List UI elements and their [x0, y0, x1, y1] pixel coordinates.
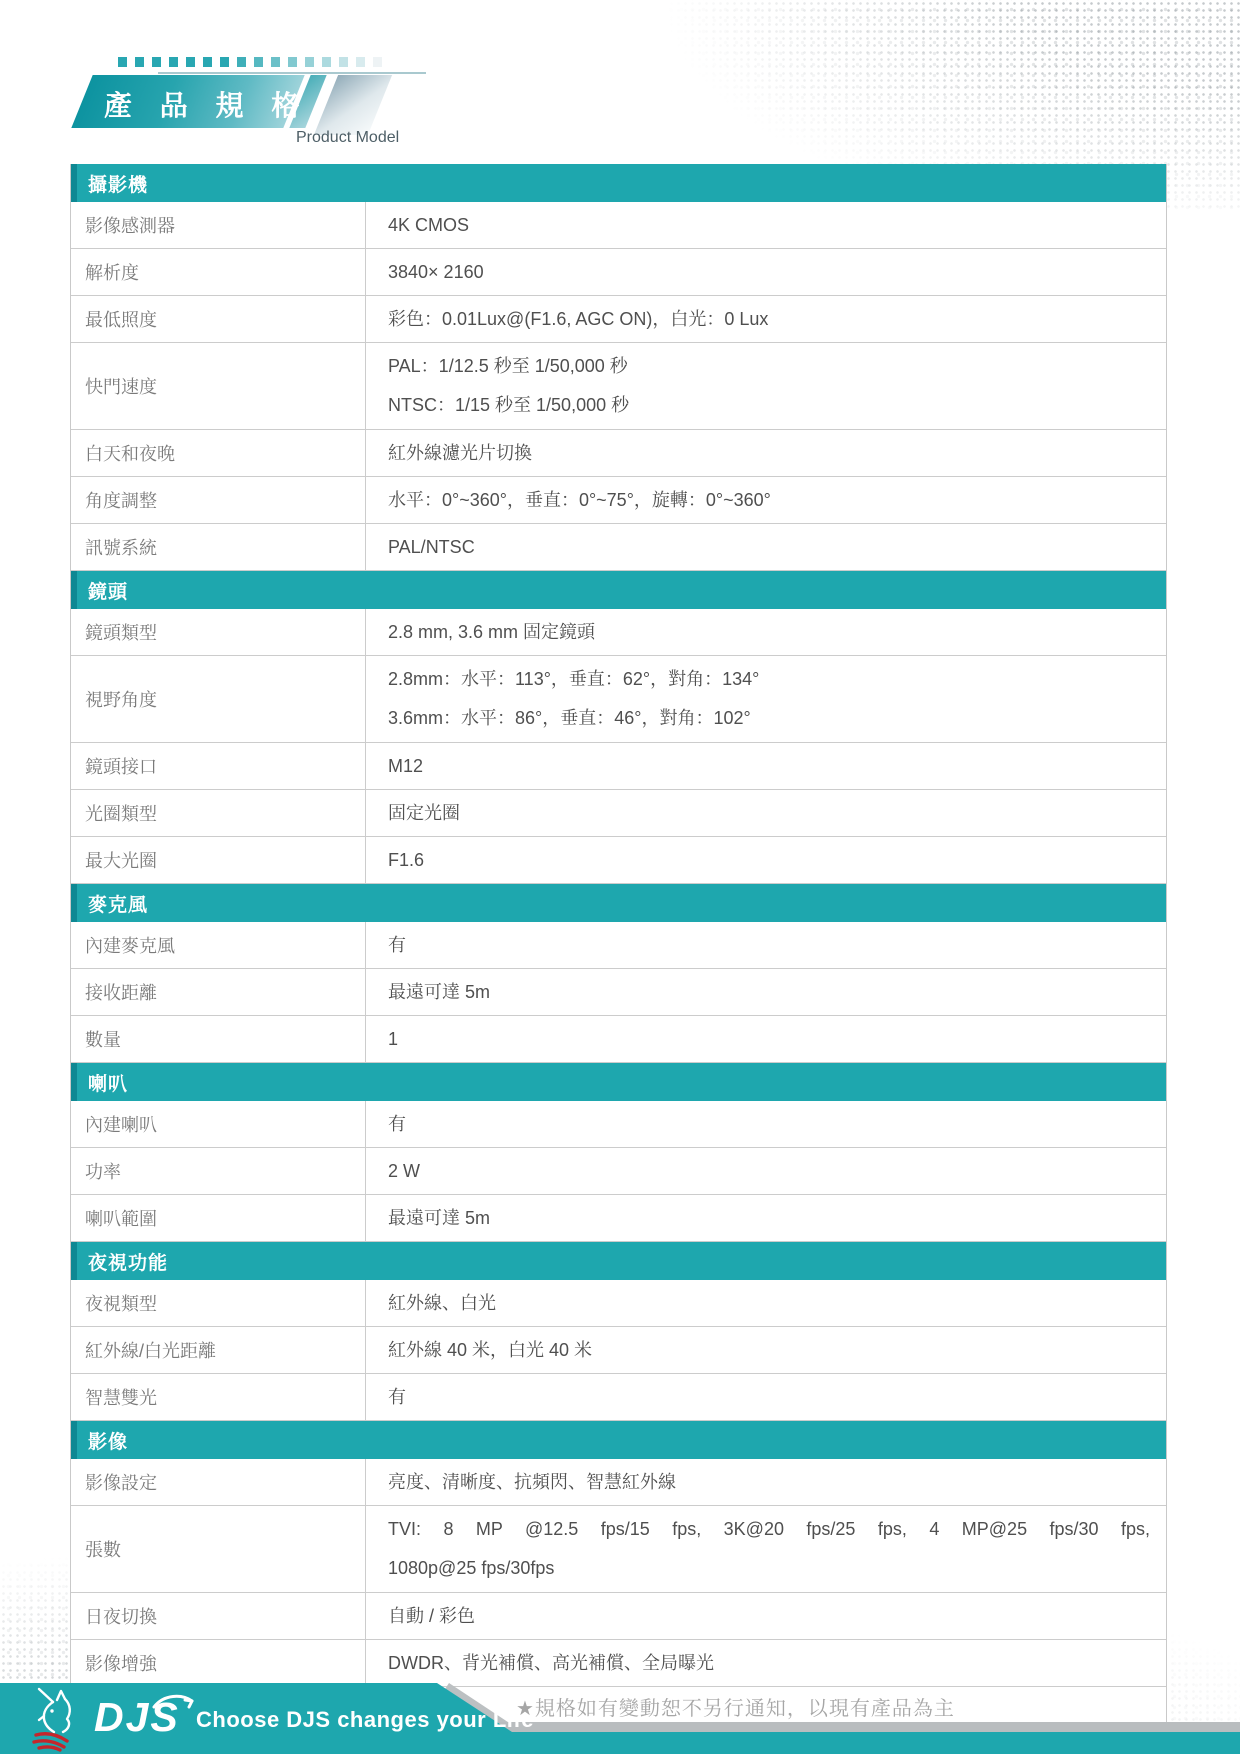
footer-gray-strip	[455, 1722, 1240, 1732]
row-label: 影像感測器	[71, 202, 366, 248]
table-row: 日夜切換自動 / 彩色	[71, 1593, 1166, 1640]
deco-square	[186, 57, 195, 67]
header-badge-stripe-outline	[314, 75, 392, 135]
table-row: 鏡頭接口M12	[71, 743, 1166, 790]
row-value: DWDR、背光補償、高光補償、全局曝光	[366, 1640, 1166, 1686]
row-value: 固定光圈	[366, 790, 1166, 836]
table-row: 影像感測器4K CMOS	[71, 202, 1166, 249]
table-row: 視野角度2.8mm：水平：113°，垂直：62°，對角：134°3.6mm：水平…	[71, 656, 1166, 743]
row-label: 智慧雙光	[71, 1374, 366, 1420]
row-label: 日夜切換	[71, 1593, 366, 1639]
row-label: 光圈類型	[71, 790, 366, 836]
table-row: 光圈類型固定光圈	[71, 790, 1166, 837]
row-value-line: TVI: 8 MP @12.5 fps/15 fps, 3K@20 fps/25…	[388, 1510, 1150, 1549]
deco-square	[220, 57, 229, 67]
row-label: 接收距離	[71, 969, 366, 1015]
row-label: 影像增強	[71, 1640, 366, 1686]
row-value: 2.8mm：水平：113°，垂直：62°，對角：134°3.6mm：水平：86°…	[366, 656, 1166, 742]
row-value-line: PAL/NTSC	[388, 534, 1150, 560]
table-row: 解析度3840× 2160	[71, 249, 1166, 296]
page-title: 產 品 規 格	[104, 84, 309, 124]
row-value-line: F1.6	[388, 847, 1150, 873]
table-row: 紅外線/白光距離紅外線 40 米，白光 40 米	[71, 1327, 1166, 1374]
deco-square	[356, 57, 365, 67]
deco-square	[254, 57, 263, 67]
footer-slogan: Choose DJS changes your Life	[196, 1707, 534, 1733]
table-row: 功率2 W	[71, 1148, 1166, 1195]
row-value-line: 2 W	[388, 1158, 1150, 1184]
table-row: 訊號系統PAL/NTSC	[71, 524, 1166, 571]
row-value: F1.6	[366, 837, 1166, 883]
table-row: 內建喇叭有	[71, 1101, 1166, 1148]
row-value-line: 水平：0°~360°，垂直：0°~75°，旋轉：0°~360°	[388, 487, 1150, 513]
row-label: 功率	[71, 1148, 366, 1194]
row-value-line: 有	[388, 932, 1150, 958]
row-value-line: 2.8 mm, 3.6 mm 固定鏡頭	[388, 619, 1150, 645]
row-value: 自動 / 彩色	[366, 1593, 1166, 1639]
row-value: 水平：0°~360°，垂直：0°~75°，旋轉：0°~360°	[366, 477, 1166, 523]
deco-square	[271, 57, 280, 67]
row-value-line: 1080p@25 fps/30fps	[388, 1549, 1150, 1588]
table-row: 白天和夜晚紅外線濾光片切換	[71, 430, 1166, 477]
deco-thin-line	[158, 72, 426, 74]
row-value: 4K CMOS	[366, 202, 1166, 248]
row-label: 影像設定	[71, 1459, 366, 1505]
table-row: 接收距離最遠可達 5m	[71, 969, 1166, 1016]
section-header-4: 喇叭	[71, 1063, 1166, 1101]
row-label: 白天和夜晚	[71, 430, 366, 476]
table-row: 最低照度彩色：0.01Lux@(F1.6, AGC ON)，白光：0 Lux	[71, 296, 1166, 343]
deco-square	[152, 57, 161, 67]
section-header-6: 影像	[71, 1421, 1166, 1459]
row-value-line: 最遠可達 5m	[388, 1205, 1150, 1231]
row-value: 紅外線 40 米，白光 40 米	[366, 1327, 1166, 1373]
table-row: 喇叭範圍最遠可達 5m	[71, 1195, 1166, 1242]
row-value-line: 最遠可達 5m	[388, 979, 1150, 1005]
row-value: TVI: 8 MP @12.5 fps/15 fps, 3K@20 fps/25…	[366, 1506, 1166, 1592]
deco-square	[203, 57, 212, 67]
row-value-line: DWDR、背光補償、高光補償、全局曝光	[388, 1650, 1150, 1676]
row-value: 有	[366, 1374, 1166, 1420]
spec-table: 攝影機影像感測器4K CMOS解析度3840× 2160最低照度彩色：0.01L…	[70, 164, 1167, 1735]
row-value-line: 有	[388, 1111, 1150, 1137]
row-value: 2.8 mm, 3.6 mm 固定鏡頭	[366, 609, 1166, 655]
row-label: 內建喇叭	[71, 1101, 366, 1147]
section-header-5: 夜視功能	[71, 1242, 1166, 1280]
table-row: 數量1	[71, 1016, 1166, 1063]
deco-square	[288, 57, 297, 67]
row-value: PAL：1/12.5 秒至 1/50,000 秒NTSC：1/15 秒至 1/5…	[366, 343, 1166, 429]
row-value-line: 4K CMOS	[388, 212, 1150, 238]
row-value-line: 1	[388, 1026, 1150, 1052]
row-value-line: 紅外線、白光	[388, 1290, 1150, 1316]
table-row: 智慧雙光有	[71, 1374, 1166, 1421]
table-row: 最大光圈F1.6	[71, 837, 1166, 884]
table-row: 夜視類型紅外線、白光	[71, 1280, 1166, 1327]
row-value: 紅外線、白光	[366, 1280, 1166, 1326]
row-label: 數量	[71, 1016, 366, 1062]
row-value-line: 2.8mm：水平：113°，垂直：62°，對角：134°	[388, 660, 1150, 699]
row-label: 快門速度	[71, 343, 366, 429]
row-label: 張數	[71, 1506, 366, 1592]
row-value-line: 紅外線 40 米，白光 40 米	[388, 1337, 1150, 1363]
row-label: 角度調整	[71, 477, 366, 523]
row-label: 視野角度	[71, 656, 366, 742]
row-label: 最低照度	[71, 296, 366, 342]
deco-square	[339, 57, 348, 67]
page-subtitle: Product Model	[296, 129, 399, 147]
row-value-line: 自動 / 彩色	[388, 1603, 1150, 1629]
unicorn-logo-icon	[26, 1686, 92, 1754]
row-value: M12	[366, 743, 1166, 789]
table-row: 影像增強DWDR、背光補償、高光補償、全局曝光	[71, 1640, 1166, 1687]
row-value-line: 固定光圈	[388, 800, 1150, 826]
row-value: 2 W	[366, 1148, 1166, 1194]
deco-square	[237, 57, 246, 67]
row-value: 1	[366, 1016, 1166, 1062]
row-label: 內建麥克風	[71, 922, 366, 968]
table-row: 影像設定亮度、清晰度、抗頻閃、智慧紅外線	[71, 1459, 1166, 1506]
row-value: 有	[366, 922, 1166, 968]
deco-square	[135, 57, 144, 67]
row-value: 3840× 2160	[366, 249, 1166, 295]
deco-square	[305, 57, 314, 67]
row-value-line: M12	[388, 753, 1150, 779]
row-value-line: 彩色：0.01Lux@(F1.6, AGC ON)，白光：0 Lux	[388, 306, 1150, 332]
section-header-3: 麥克風	[71, 884, 1166, 922]
row-value: 有	[366, 1101, 1166, 1147]
row-value: 亮度、清晰度、抗頻閃、智慧紅外線	[366, 1459, 1166, 1505]
row-value-line: 亮度、清晰度、抗頻閃、智慧紅外線	[388, 1469, 1150, 1495]
footer-note: ★規格如有變動恕不另行通知，以現有產品為主	[516, 1692, 955, 1721]
row-value: 最遠可達 5m	[366, 1195, 1166, 1241]
row-label: 解析度	[71, 249, 366, 295]
row-label: 夜視類型	[71, 1280, 366, 1326]
table-row: 內建麥克風有	[71, 922, 1166, 969]
table-row: 快門速度PAL：1/12.5 秒至 1/50,000 秒NTSC：1/15 秒至…	[71, 343, 1166, 430]
row-value-line: NTSC：1/15 秒至 1/50,000 秒	[388, 386, 1150, 425]
row-label: 鏡頭類型	[71, 609, 366, 655]
row-label: 訊號系統	[71, 524, 366, 570]
deco-square	[169, 57, 178, 67]
row-value: PAL/NTSC	[366, 524, 1166, 570]
row-value-line: 3.6mm：水平：86°，垂直：46°，對角：102°	[388, 699, 1150, 738]
section-header-2: 鏡頭	[71, 571, 1166, 609]
row-label: 紅外線/白光距離	[71, 1327, 366, 1373]
row-value-line: PAL：1/12.5 秒至 1/50,000 秒	[388, 347, 1150, 386]
row-value: 最遠可達 5m	[366, 969, 1166, 1015]
row-label: 鏡頭接口	[71, 743, 366, 789]
deco-square	[373, 57, 382, 67]
deco-square	[118, 57, 127, 67]
deco-square	[322, 57, 331, 67]
row-value-line: 有	[388, 1384, 1150, 1410]
row-value: 彩色：0.01Lux@(F1.6, AGC ON)，白光：0 Lux	[366, 296, 1166, 342]
spec-sheet-page: 產 品 規 格 Product Model 攝影機影像感測器4K CMOS解析度…	[0, 0, 1240, 1754]
row-label: 最大光圈	[71, 837, 366, 883]
row-label: 喇叭範圍	[71, 1195, 366, 1241]
table-row: 張數TVI: 8 MP @12.5 fps/15 fps, 3K@20 fps/…	[71, 1506, 1166, 1593]
row-value-line: 3840× 2160	[388, 259, 1150, 285]
table-row: 鏡頭類型2.8 mm, 3.6 mm 固定鏡頭	[71, 609, 1166, 656]
logo-swoosh-arrow-icon	[152, 1691, 196, 1714]
table-row: 角度調整水平：0°~360°，垂直：0°~75°，旋轉：0°~360°	[71, 477, 1166, 524]
section-header-1: 攝影機	[71, 164, 1166, 202]
row-value: 紅外線濾光片切換	[366, 430, 1166, 476]
row-value-line: 紅外線濾光片切換	[388, 440, 1150, 466]
